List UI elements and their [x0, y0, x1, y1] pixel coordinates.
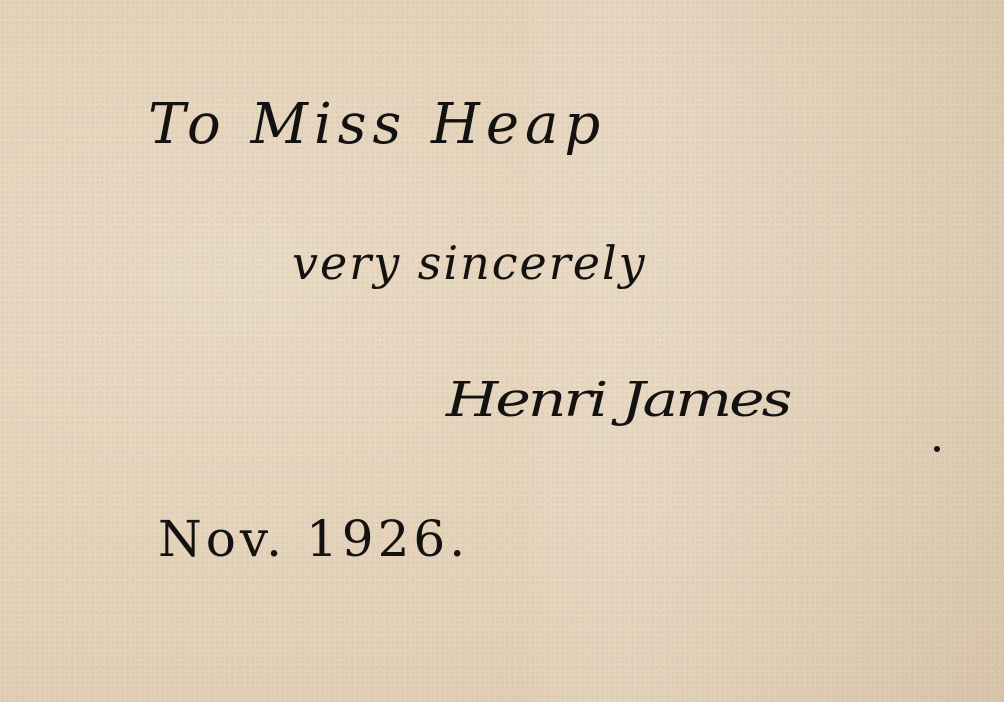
- date-text: Nov. 1926.: [158, 510, 469, 568]
- signature-period: [934, 446, 940, 452]
- paper-sheet: To Miss Heap very sincerely Henri James …: [0, 0, 1004, 702]
- closing-text: very sincerely: [292, 236, 647, 290]
- signature: Henri James: [446, 372, 789, 428]
- salutation-text: To Miss Heap: [148, 92, 606, 157]
